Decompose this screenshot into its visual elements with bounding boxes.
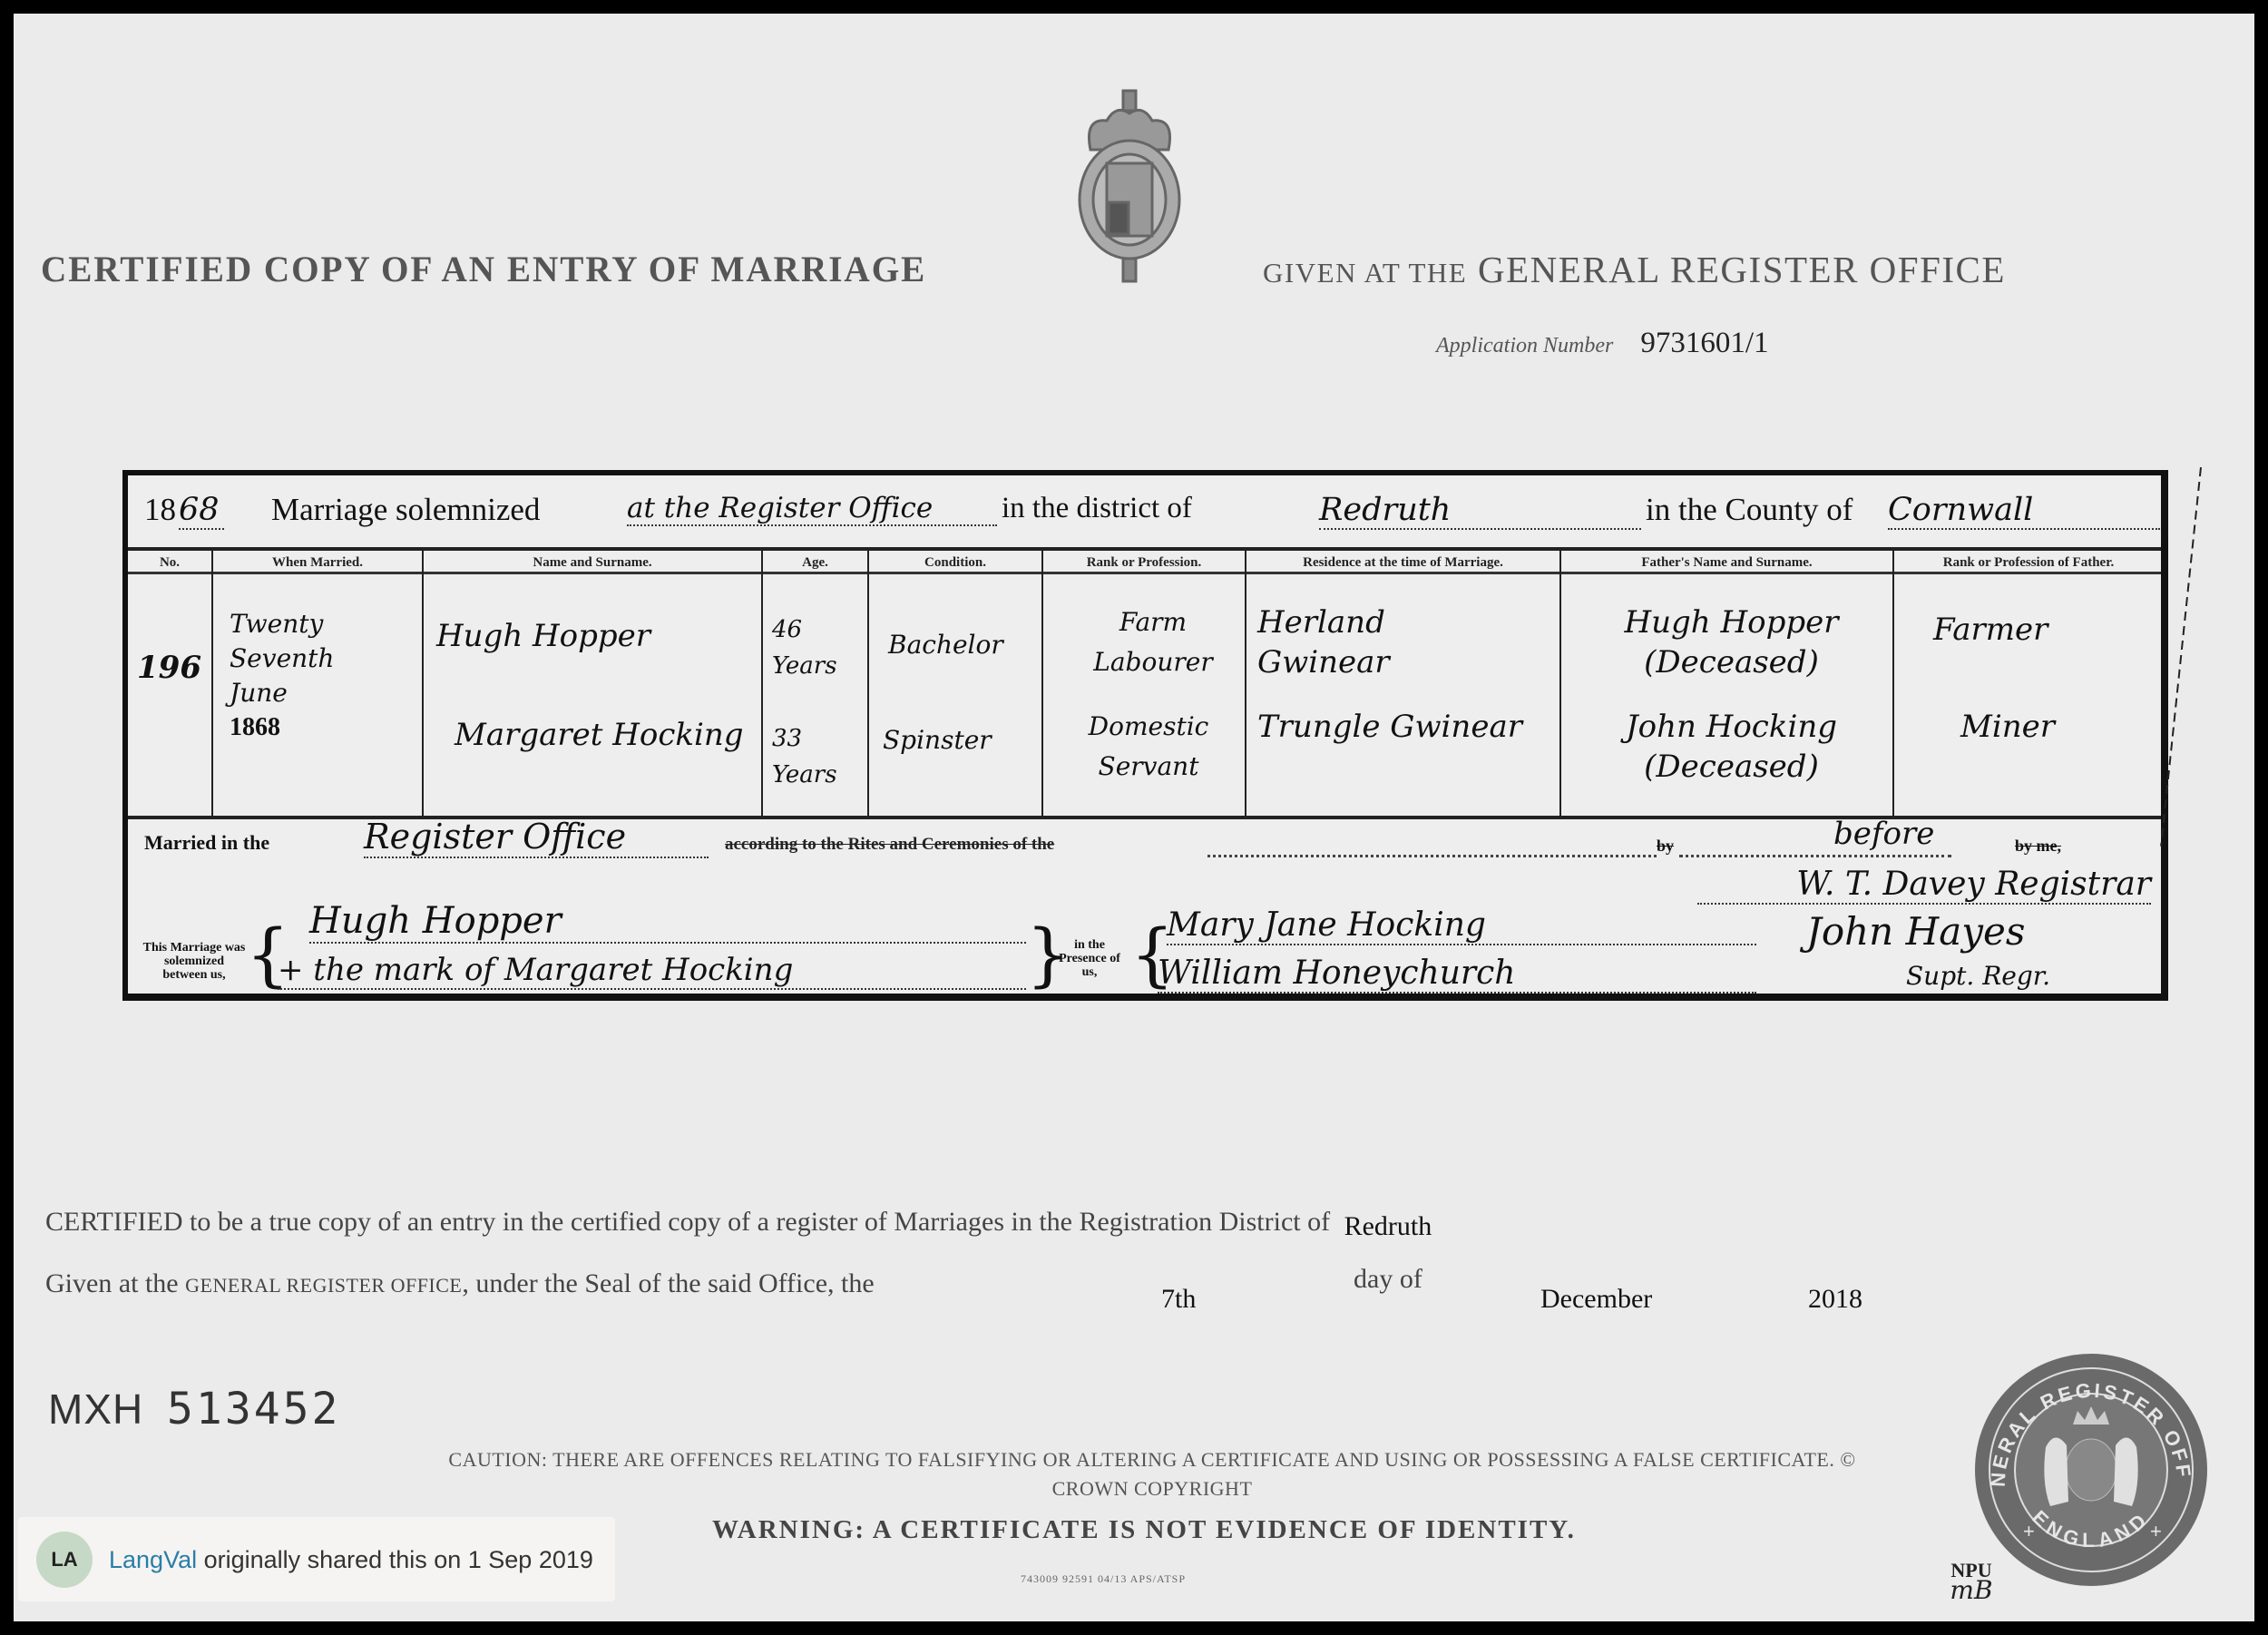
column-header-no: No. — [128, 551, 211, 574]
certification-day-of: day of — [1354, 1264, 1422, 1295]
bride-father-rank: Miner — [1960, 707, 2055, 747]
column-header-age: Age. — [763, 551, 867, 574]
column-divider — [422, 547, 424, 819]
certification-given-suffix: , under the Seal of the said Office, the — [462, 1268, 874, 1298]
superintendent-signature: John Hayes — [1806, 909, 2025, 954]
solemnized-label: Marriage solemnized — [271, 492, 540, 528]
bride-residence: Trungle Gwinear — [1257, 707, 1548, 747]
form-code: 743009 92591 04/13 APS/ATSP — [1021, 1572, 1186, 1586]
superintendent-title: Supt. Regr. — [1906, 961, 2050, 991]
shared-by-badge: LA LangVal originally shared this on 1 S… — [18, 1517, 615, 1601]
certificate-title: CERTIFIED COPY OF AN ENTRY OF MARRIAGE — [41, 248, 926, 290]
column-header-when-married: When Married. — [213, 551, 422, 574]
year-written: 68 — [179, 492, 224, 530]
certification-given-prefix: Given at the — [45, 1268, 179, 1298]
serial-number: 513452 — [167, 1384, 340, 1434]
groom-signature: Hugh Hopper — [309, 900, 1026, 944]
when-married-cell: Twenty Seventh June 1868 — [230, 607, 334, 745]
when-married-line: 1868 — [230, 710, 334, 745]
witness-2-signature: William Honeychurch — [1158, 955, 1756, 994]
column-divider — [211, 547, 213, 819]
caution-notice: CAUTION: THERE ARE OFFENCES RELATING TO … — [440, 1445, 1864, 1503]
column-divider — [1559, 547, 1561, 819]
groom-father-name: Hugh Hopper (Deceased) — [1575, 602, 1888, 682]
by-me-label: by me, — [2015, 837, 2061, 856]
column-header-rank: Rank or Profession. — [1043, 551, 1245, 574]
issuer-prefix: Given at the — [1263, 257, 1467, 289]
certification-day: 7th — [1161, 1284, 1196, 1315]
bride-rank: Domestic Servant — [1062, 707, 1235, 787]
groom-condition: Bachelor — [888, 625, 1003, 665]
svg-text:+: + — [2023, 1520, 2035, 1542]
serial-prefix: MXH — [48, 1385, 143, 1433]
rites-dotted-line — [1207, 855, 1657, 857]
married-in-value: Register Office — [364, 817, 709, 858]
certification-year: 2018 — [1808, 1284, 1862, 1315]
witness-1-signature: Mary Jane Hocking — [1167, 906, 1756, 945]
certificate-page: CERTIFIED COPY OF AN ENTRY OF MARRIAGE G… — [14, 14, 2254, 1621]
entry-number: 196 — [137, 648, 201, 688]
npu-initials: mB — [1944, 1581, 1999, 1601]
register-entry-box: 18 68 Marriage solemnized at the Registe… — [122, 470, 2168, 1001]
avatar[interactable]: LA — [36, 1532, 93, 1588]
groom-father-rank: Farmer — [1933, 610, 2048, 650]
registrar-signature: W. T. Davey Registrar — [1697, 866, 2151, 905]
column-header-row: No. When Married. Name and Surname. Age.… — [128, 547, 2161, 574]
gro-seal-icon: GENERAL REGISTER OFFICE ENGLAND + + — [1969, 1347, 2214, 1592]
county-value: Cornwall — [1888, 492, 2160, 530]
certification-month: December — [1540, 1284, 1652, 1315]
groom-age: 46 Years — [772, 612, 863, 684]
register-heading: 18 68 Marriage solemnized at the Registe… — [144, 492, 2152, 537]
rites-label: according to the Rites and Ceremonies of… — [725, 835, 1054, 855]
column-divider — [867, 547, 869, 819]
bride-name: Margaret Hocking — [455, 711, 745, 759]
application-number-label: Application Number — [1436, 334, 1613, 357]
certification-text: CERTIFIED to be a true copy of an entry … — [45, 1207, 1330, 1237]
application-number-row: Application Number 9731601/1 — [1436, 327, 1769, 360]
groom-residence: Herland Gwinear — [1257, 602, 1439, 682]
column-header-condition: Condition. — [869, 551, 1041, 574]
column-divider — [1245, 547, 1246, 819]
column-header-father-name: Father's Name and Surname. — [1561, 551, 1892, 574]
certification-office: General Register Office — [185, 1274, 462, 1297]
district-value: Redruth — [1319, 492, 1641, 530]
shared-by-text: LangVal originally shared this on 1 Sep … — [109, 1543, 599, 1576]
certification-line-1: CERTIFIED to be a true copy of an entry … — [45, 1207, 1432, 1238]
royal-crest-icon — [1070, 86, 1188, 286]
bride-father-name: John Hocking (Deceased) — [1575, 707, 1888, 787]
svg-text:+: + — [2150, 1520, 2162, 1542]
solemnized-between-label: This Marriage was solemnized between us, — [141, 941, 248, 982]
married-in-label: Married in the — [144, 831, 269, 855]
when-married-line: Seventh — [230, 641, 334, 676]
shared-by-date: originally shared this on 1 Sep 2019 — [197, 1546, 593, 1573]
when-married-line: June — [230, 676, 334, 710]
year-printed: 18 — [144, 492, 176, 528]
npu-stamp: NPU mB — [1944, 1561, 1999, 1601]
solemnized-place: at the Register Office — [627, 492, 997, 526]
by-label: by — [1657, 837, 1674, 856]
shared-by-username-link[interactable]: LangVal — [109, 1546, 197, 1573]
certificate-serial: MXH 513452 — [48, 1384, 340, 1434]
certification-district: Redruth — [1344, 1211, 1432, 1241]
county-label: in the County of — [1646, 492, 1853, 528]
column-divider — [761, 547, 763, 819]
column-header-name: Name and Surname. — [424, 551, 761, 574]
bride-signature: + the mark of Margaret Hocking — [278, 952, 1026, 990]
column-divider — [1892, 547, 1894, 819]
by-dotted-line — [1679, 855, 1951, 857]
groom-name: Hugh Hopper — [436, 616, 650, 656]
bride-age: 33 Years — [772, 720, 863, 793]
certification-line-2: Given at the General Register Office, un… — [45, 1268, 875, 1299]
district-label: in the district of — [1002, 492, 1192, 525]
application-number-value: 9731601/1 — [1640, 327, 1768, 359]
issuer-title: Given at the GENERAL REGISTER OFFICE — [1263, 248, 2006, 291]
column-divider — [1041, 547, 1043, 819]
before-value: before — [1833, 816, 1934, 852]
column-header-father-rank: Rank or Profession of Father. — [1894, 551, 2163, 574]
identity-warning: WARNING: A CERTIFICATE IS NOT EVIDENCE O… — [712, 1515, 1576, 1545]
when-married-line: Twenty — [230, 607, 334, 641]
bride-condition: Spinster — [883, 720, 992, 760]
presence-label: in the Presence of us, — [1053, 938, 1126, 979]
groom-rank: Farm Labourer — [1071, 602, 1235, 682]
issuer-name: GENERAL REGISTER OFFICE — [1478, 249, 2006, 290]
column-header-residence: Residence at the time of Marriage. — [1246, 551, 1559, 574]
